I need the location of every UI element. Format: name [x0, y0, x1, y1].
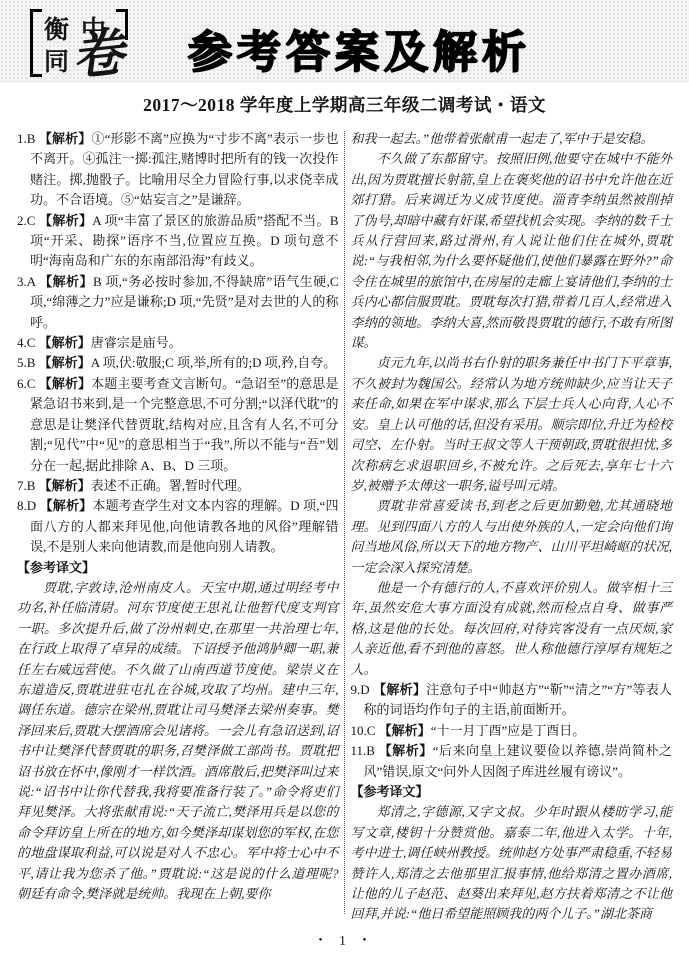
- analysis-label: 【解析】: [39, 274, 93, 289]
- translation-paragraph: 他是一个有德行的人,不喜欢评价别人。做宰相十三年,虽然安危大事方面没有成就,然而…: [351, 578, 673, 680]
- translation-paragraph: 贞元九年,以尚书右仆射的职务兼任中书门下平章事,不久被封为魏国公。经常认为地方统…: [351, 353, 673, 496]
- answer-sheet-page: 衡中 同 卷 参考答案及解析 2017～2018 学年度上学期高三年级二调考试・…: [0, 0, 689, 962]
- analysis-label: 【解析】: [379, 743, 433, 758]
- answer-body: 1.B 【解析】①“形影不离”应换为“寸步不离”表示一步也不离开。④孤注一掷:孤…: [17, 129, 672, 922]
- answer-number: 4.C: [17, 335, 39, 350]
- analysis-label: 【解析】: [39, 376, 91, 391]
- answer-number: 7.B: [17, 478, 39, 493]
- translation-paragraph: 不久做了东都留守。按照旧例,他要守在城中不能外出,因为贾耽擅长射箭,皇上在褒奖他…: [351, 149, 673, 353]
- answer-number: 9.D: [351, 682, 374, 697]
- answer-item: 8.D 【解析】本题考查学生对文本内容的理解。D 项,“四面八方的人都来拜见他,…: [17, 496, 339, 557]
- answer-text: A 项,伏:敬服;C 项,举,所有的;D 项,矜,自夸。: [91, 355, 337, 370]
- hengzhong-tongjuan-logo: 衡中 同 卷: [30, 6, 142, 92]
- analysis-label: 【解析】: [39, 335, 91, 350]
- analysis-label: 【解析】: [39, 131, 92, 146]
- header: 衡中 同 卷 参考答案及解析: [0, 0, 689, 82]
- answer-number: 3.A: [17, 274, 39, 289]
- left-column: 1.B 【解析】①“形影不离”应换为“寸步不离”表示一步也不离开。④孤注一掷:孤…: [17, 129, 339, 922]
- answer-text: “十一月丁酉”应是丁酉日。: [431, 723, 586, 738]
- answer-number: 6.C: [17, 376, 39, 391]
- answer-item: 6.C 【解析】本题主要考查文言断句。“急诏至”的意思是紧急诏书来到,是一个完整…: [17, 374, 339, 476]
- page-title: 参考答案及解析: [188, 16, 531, 80]
- logo-char-tong: 同: [44, 49, 69, 76]
- answer-item: 10.C 【解析】“十一月丁酉”应是丁酉日。: [351, 721, 673, 741]
- logo-bracket-left-icon: [30, 9, 42, 77]
- answer-number: 5.B: [17, 355, 39, 370]
- logo-calligraphy-char: 卷: [69, 27, 126, 84]
- logo-text-line2: 同 卷: [44, 42, 69, 78]
- answer-text: 表述不正确。署,暂时代理。: [91, 478, 250, 493]
- analysis-label: 【解析】: [39, 213, 92, 228]
- answer-item: 11.B 【解析】“后来向皇上建议要俭以养德,崇尚简朴之风”错误,原文“问外人因…: [351, 741, 673, 782]
- analysis-label: 【解析】: [373, 682, 426, 697]
- analysis-label: 【解析】: [40, 498, 93, 513]
- answer-number: 1.B: [17, 131, 39, 146]
- section-heading: 【参考译文】: [351, 782, 673, 802]
- page-number: ・ 1 ・: [0, 930, 689, 950]
- answer-number: 11.B: [351, 743, 379, 758]
- answer-item: 4.C 【解析】唐睿宗是庙号。: [17, 333, 339, 353]
- analysis-label: 【解析】: [39, 478, 91, 493]
- analysis-label: 【解析】: [379, 723, 431, 738]
- right-column: 和我一起去。”他带着张献甫一起走了,军中于是安稳。不久做了东都留守。按照旧例,他…: [351, 129, 673, 922]
- answer-number: 10.C: [351, 723, 379, 738]
- answer-number: 2.C: [17, 213, 39, 228]
- exam-subtitle: 2017～2018 学年度上学期高三年级二调考试・语文: [0, 92, 689, 117]
- translation-paragraph: 郑清之,字德源,又字文叔。少年时跟从楼昉学习,能写文章,楼钥十分赞赏他。嘉泰二年…: [351, 802, 673, 924]
- answer-item: 3.A 【解析】B 项,“务必按时参加,不得缺席”语气生硬,C 项,“绵薄之力”…: [17, 272, 339, 333]
- answer-item: 9.D 【解析】注意句子中“帅赵方”“靳”“清之”“方”等表人称的词语均作句子的…: [351, 680, 673, 721]
- column-divider: [344, 131, 346, 914]
- answer-item: 5.B 【解析】A 项,伏:敬服;C 项,举,所有的;D 项,矜,自夸。: [17, 353, 339, 373]
- analysis-label: 【解析】: [39, 355, 91, 370]
- section-heading: 【参考译文】: [17, 558, 339, 578]
- answer-item: 2.C 【解析】A 项“丰富了景区的旅游品质”搭配不当。B 项“开采、勘探”语序…: [17, 211, 339, 272]
- answer-text: 唐睿宗是庙号。: [91, 335, 182, 350]
- answer-item: 1.B 【解析】①“形影不离”应换为“寸步不离”表示一步也不离开。④孤注一掷:孤…: [17, 129, 339, 211]
- answer-number: 8.D: [17, 498, 40, 513]
- translation-paragraph: 和我一起去。”他带着张献甫一起走了,军中于是安稳。: [351, 129, 673, 149]
- answer-item: 7.B 【解析】表述不正确。署,暂时代理。: [17, 476, 339, 496]
- translation-paragraph: 贾耽,字敦诗,沧州南皮人。天宝中期,通过明经考中功名,补任临清尉。河东节度使王思…: [17, 578, 339, 905]
- translation-paragraph: 贾耽非常喜爱读书,到老之后更加勤勉,尤其通晓地理。见到四面八方的人与出使外族的人…: [351, 496, 673, 578]
